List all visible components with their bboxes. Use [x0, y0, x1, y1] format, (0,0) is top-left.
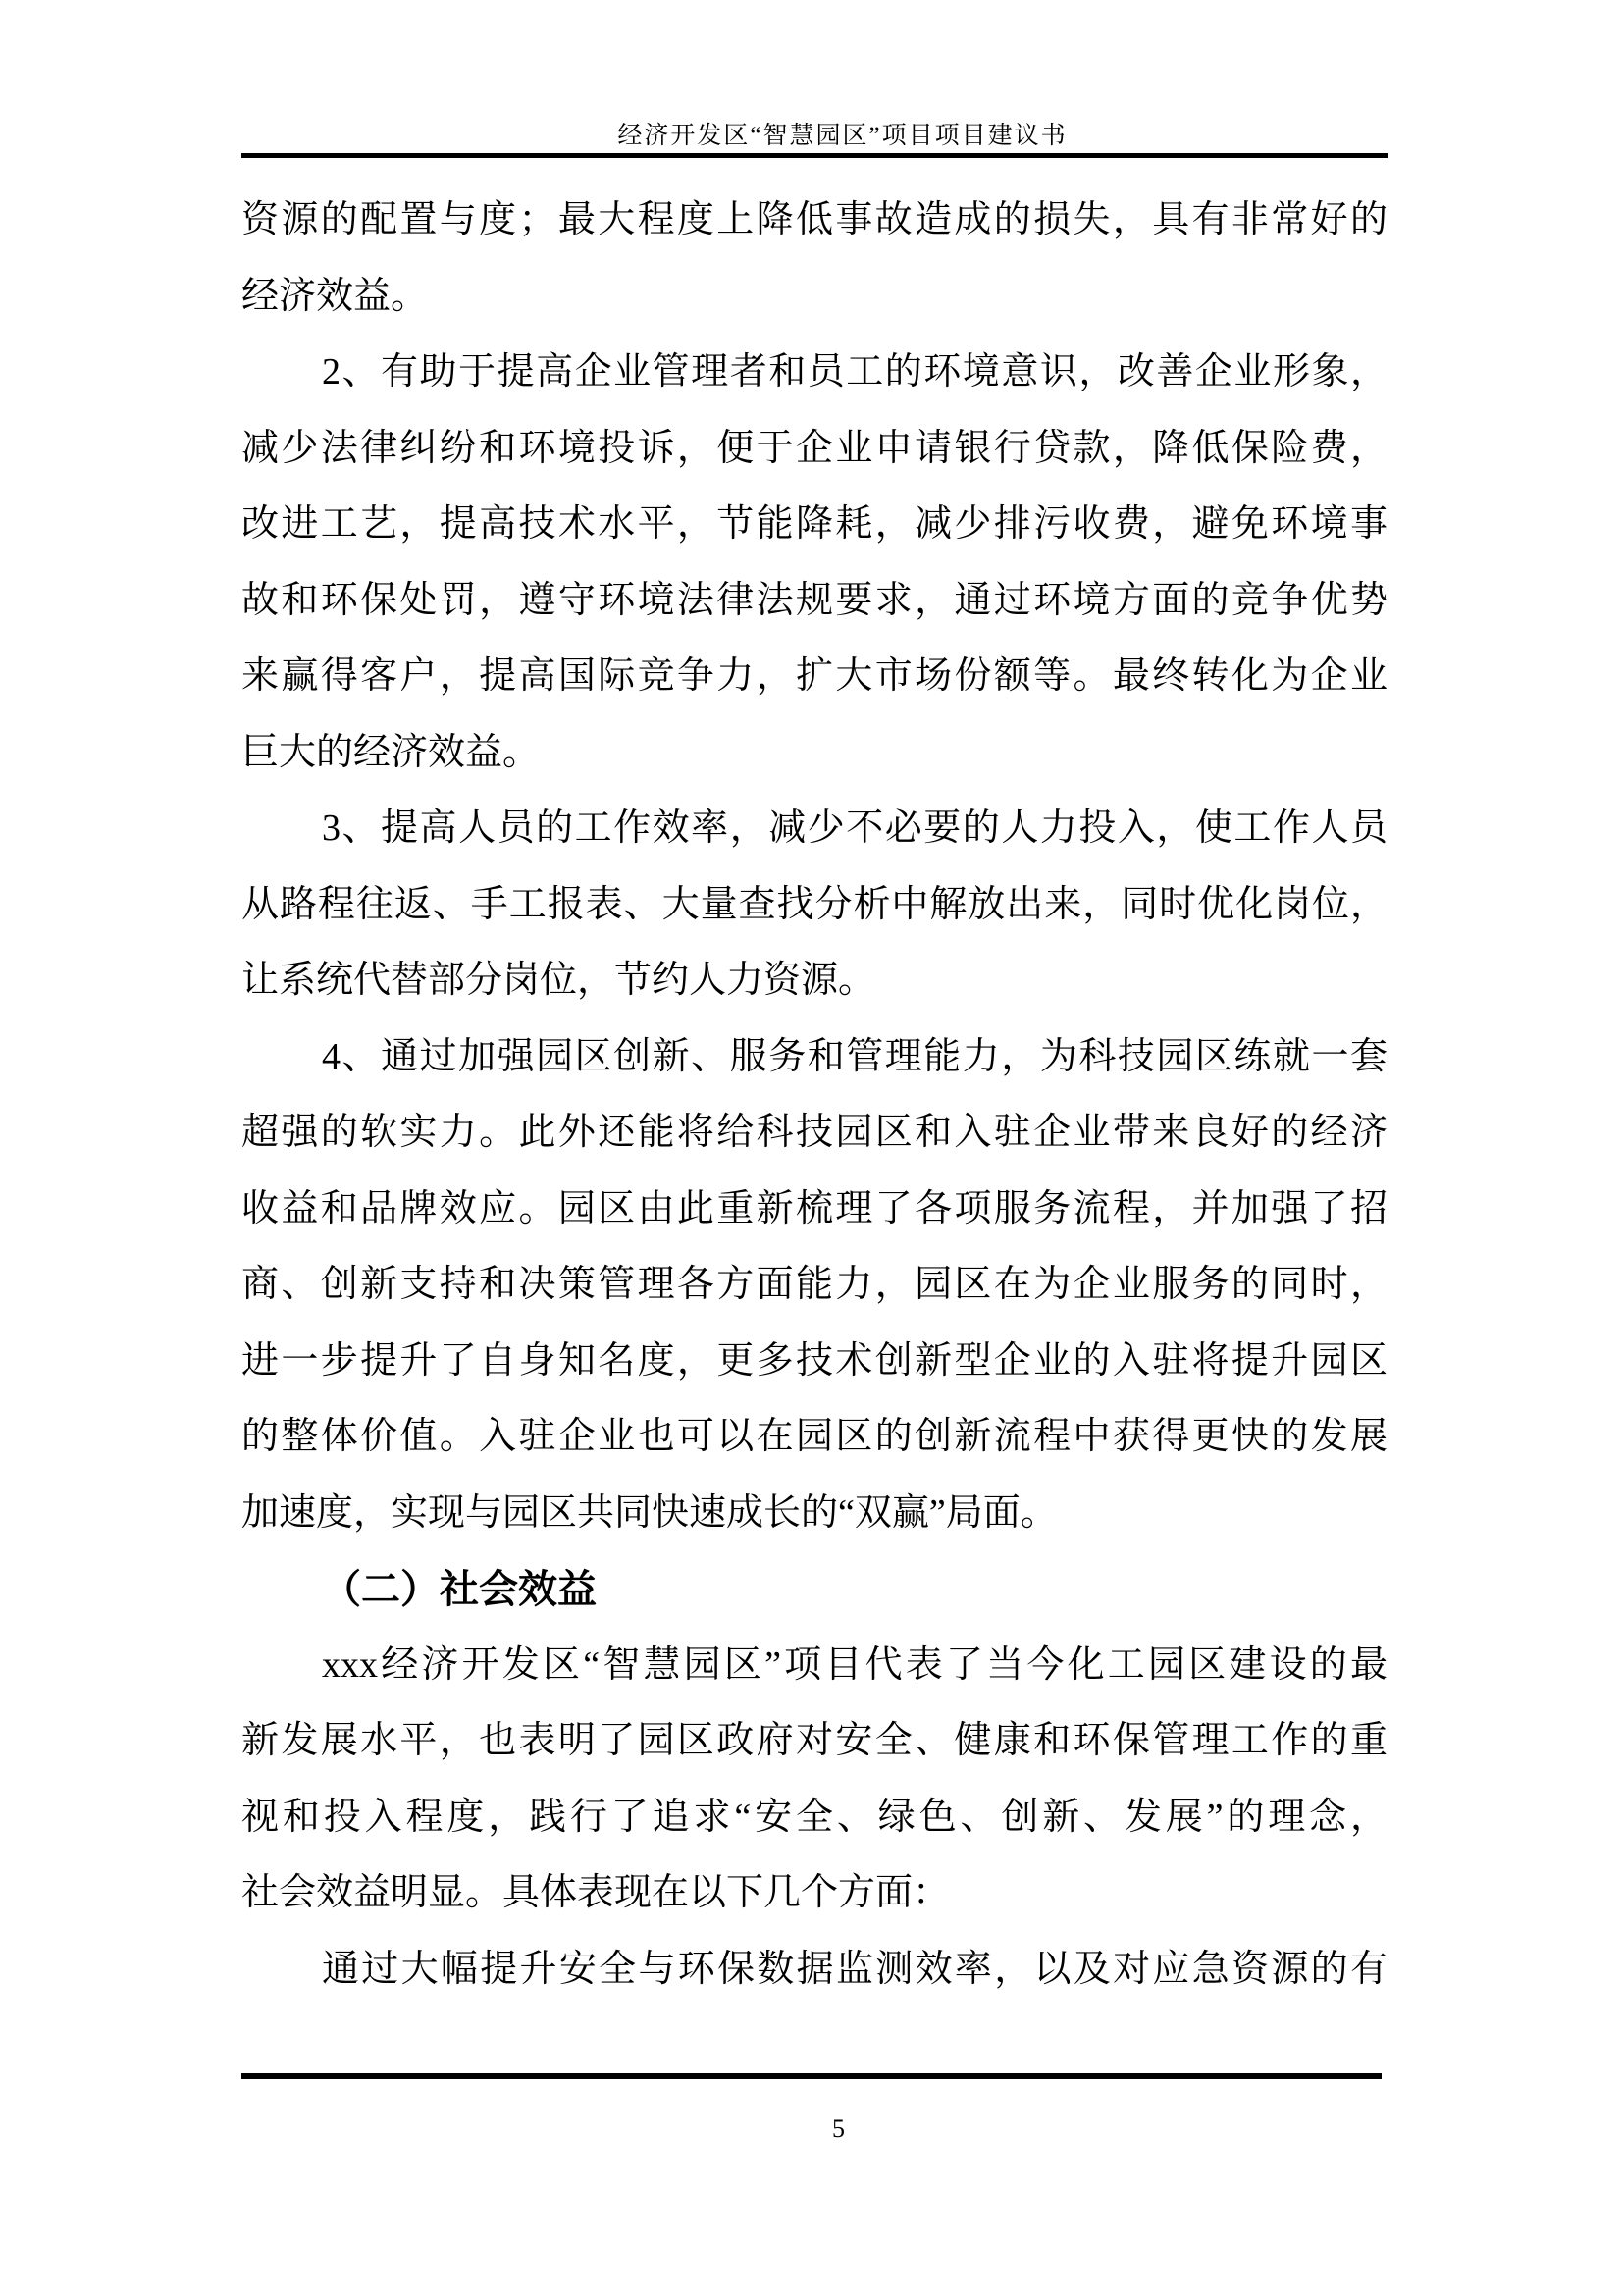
body-line: 从路程往返、手工报表、大量查找分析中解放出来，同时优化岗位，: [241, 867, 1388, 944]
body-line: 的整体价值。入驻企业也可以在园区的创新流程中获得更快的发展: [241, 1399, 1388, 1476]
body-line: 视和投入程度，践行了追求“安全、绿色、创新、发展”的理念，: [241, 1780, 1388, 1856]
body-line: 经济效益。: [241, 259, 1388, 336]
body-line: 加速度，实现与园区共同快速成长的“双赢”局面。: [241, 1476, 1388, 1552]
section-heading: （二）社会效益: [241, 1551, 1388, 1628]
body-line: 4、通过加强园区创新、服务和管理能力，为科技园区练就一套: [241, 1019, 1388, 1096]
body-line: 新发展水平，也表明了园区政府对安全、健康和环保管理工作的重: [241, 1703, 1388, 1780]
body-line: 改进工艺，提高技术水平，节能降耗，减少排污收费，避免环境事: [241, 487, 1388, 563]
body-line: 收益和品牌效应。园区由此重新梳理了各项服务流程，并加强了招: [241, 1172, 1388, 1248]
body-line: 资源的配置与度；最大程度上降低事故造成的损失，具有非常好的: [241, 183, 1388, 259]
body-line: 减少法律纠纷和环境投诉，便于企业申请银行贷款，降低保险费，: [241, 411, 1388, 488]
body-line: 让系统代替部分岗位，节约人力资源。: [241, 943, 1388, 1019]
body-line: 3、提高人员的工作效率，减少不必要的人力投入，使工作人员: [241, 791, 1388, 867]
body-line: 超强的软实力。此外还能将给科技园区和入驻企业带来良好的经济: [241, 1095, 1388, 1172]
body-line: xxx经济开发区“智慧园区”项目代表了当今化工园区建设的最: [241, 1628, 1388, 1704]
body-line: 巨大的经济效益。: [241, 715, 1388, 792]
body-line: 故和环保处罚，遵守环境法律法规要求，通过环境方面的竞争优势: [241, 563, 1388, 640]
body-line: 通过大幅提升安全与环保数据监测效率，以及对应急资源的有: [241, 1932, 1388, 2008]
header-title: 经济开发区“智慧园区”项目项目建议书: [0, 119, 1624, 154]
body-line: 社会效益明显。具体表现在以下几个方面：: [241, 1855, 1388, 1932]
body-line: 来赢得客户，提高国际竞争力，扩大市场份额等。最终转化为企业: [241, 639, 1388, 715]
body-line: 2、有助于提高企业管理者和员工的环境意识，改善企业形象，: [241, 335, 1388, 411]
page-number: 5: [0, 2112, 1624, 2147]
footer-rule: [241, 2073, 1382, 2079]
document-page: 经济开发区“智慧园区”项目项目建议书 资源的配置与度；最大程度上降低事故造成的损…: [0, 0, 1624, 2295]
document-body: 资源的配置与度；最大程度上降低事故造成的损失，具有非常好的 经济效益。 2、有助…: [241, 183, 1388, 2008]
body-line: 商、创新支持和决策管理各方面能力，园区在为企业服务的同时，: [241, 1247, 1388, 1324]
header-rule: [241, 153, 1388, 158]
body-line: 进一步提升了自身知名度，更多技术创新型企业的入驻将提升园区: [241, 1324, 1388, 1400]
